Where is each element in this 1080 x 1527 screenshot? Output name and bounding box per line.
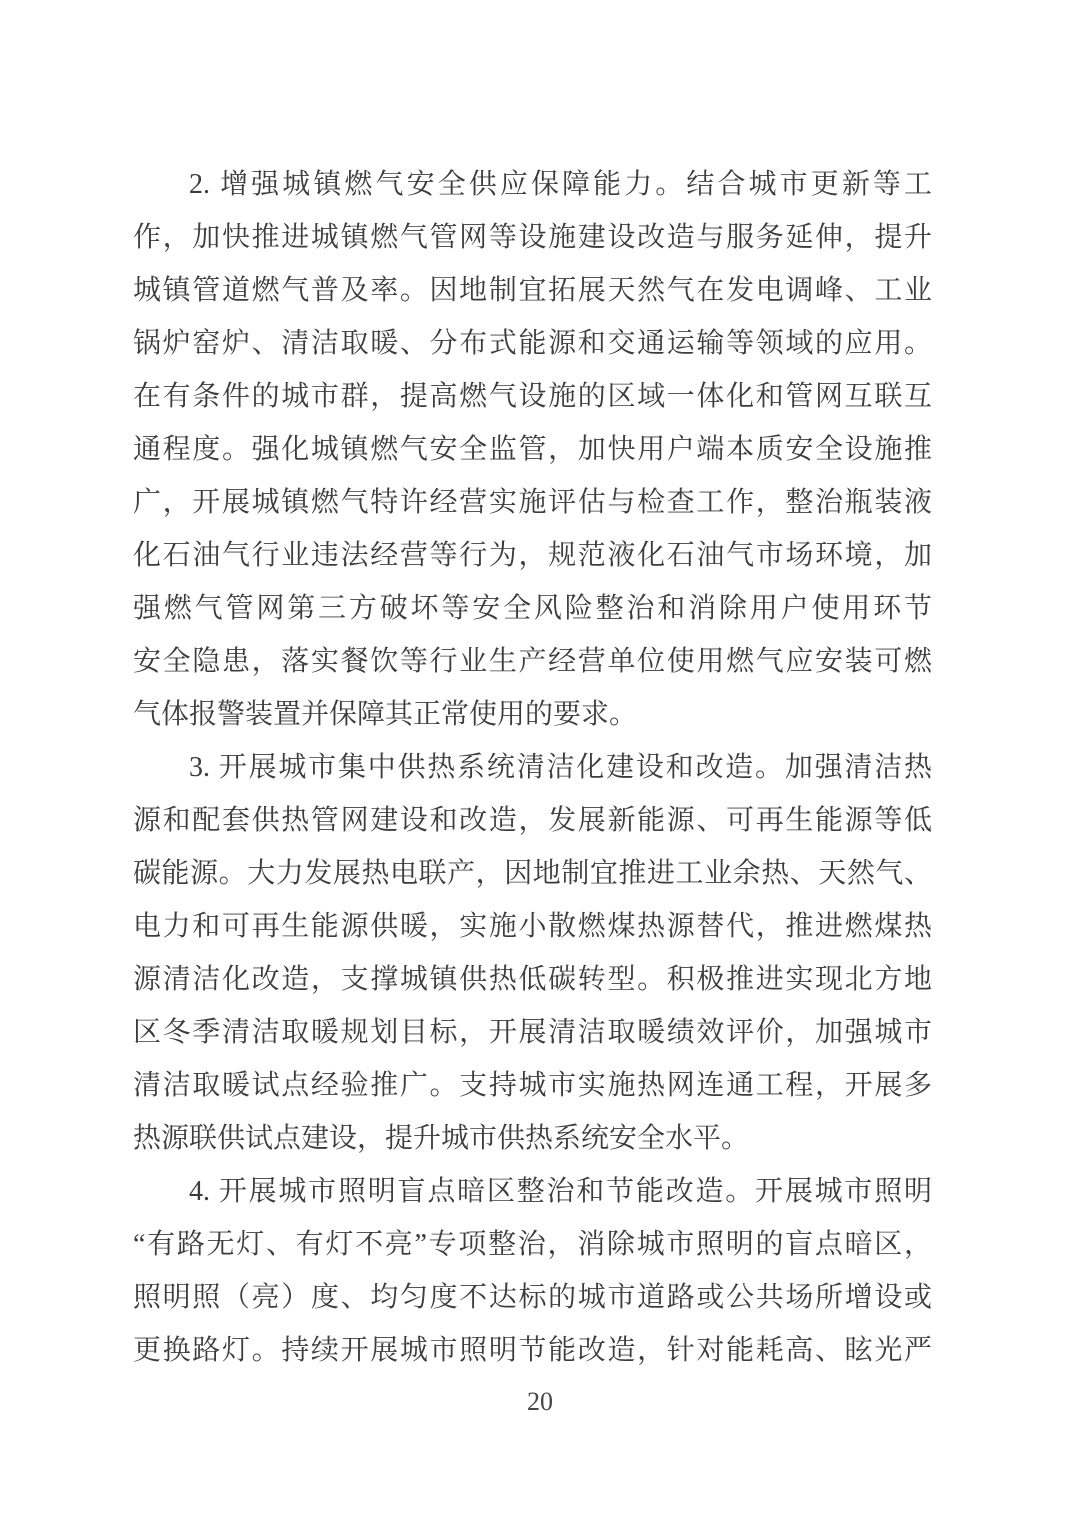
text-line: 电力和可再生能源供暖，实施小散燃煤热源替代，推进燃煤热: [133, 900, 932, 953]
paragraph: 4. 开展城市照明盲点暗区整治和节能改造。开展城市照明“有路无灯、有灯不亮”专项…: [133, 1165, 932, 1377]
text-line: 更换路灯。持续开展城市照明节能改造，针对能耗高、眩光严: [133, 1324, 932, 1377]
text-line: 锅炉窑炉、清洁取暖、分布式能源和交通运输等领域的应用。: [133, 317, 932, 370]
paragraph: 2. 增强城镇燃气安全供应保障能力。结合城市更新等工作，加快推进城镇燃气管网等设…: [133, 158, 932, 741]
document-body: 2. 增强城镇燃气安全供应保障能力。结合城市更新等工作，加快推进城镇燃气管网等设…: [133, 158, 932, 1377]
text-line: 热源联供试点建设，提升城市供热系统安全水平。: [133, 1112, 932, 1165]
text-line: 2. 增强城镇燃气安全供应保障能力。结合城市更新等工: [133, 158, 932, 211]
text-line: “有路无灯、有灯不亮”专项整治，消除城市照明的盲点暗区，: [133, 1218, 932, 1271]
text-line: 碳能源。大力发展热电联产，因地制宜推进工业余热、天然气、: [133, 847, 932, 900]
paragraph: 3. 开展城市集中供热系统清洁化建设和改造。加强清洁热源和配套供热管网建设和改造…: [133, 741, 932, 1165]
text-line: 在有条件的城市群，提高燃气设施的区域一体化和管网互联互: [133, 370, 932, 423]
text-line: 源清洁化改造，支撑城镇供热低碳转型。积极推进实现北方地: [133, 953, 932, 1006]
text-line: 通程度。强化城镇燃气安全监管，加快用户端本质安全设施推: [133, 423, 932, 476]
text-line: 源和配套供热管网建设和改造，发展新能源、可再生能源等低: [133, 794, 932, 847]
text-line: 照明照（亮）度、均匀度不达标的城市道路或公共场所增设或: [133, 1271, 932, 1324]
document-page: 2. 增强城镇燃气安全供应保障能力。结合城市更新等工作，加快推进城镇燃气管网等设…: [0, 0, 1080, 1527]
text-line: 化石油气行业违法经营等行为，规范液化石油气市场环境，加: [133, 529, 932, 582]
text-line: 清洁取暖试点经验推广。支持城市实施热网连通工程，开展多: [133, 1059, 932, 1112]
text-line: 4. 开展城市照明盲点暗区整治和节能改造。开展城市照明: [133, 1165, 932, 1218]
text-line: 城镇管道燃气普及率。因地制宜拓展天然气在发电调峰、工业: [133, 264, 932, 317]
page-number: 20: [0, 1385, 1080, 1419]
text-line: 气体报警装置并保障其正常使用的要求。: [133, 688, 932, 741]
text-line: 安全隐患，落实餐饮等行业生产经营单位使用燃气应安装可燃: [133, 635, 932, 688]
text-line: 作，加快推进城镇燃气管网等设施建设改造与服务延伸，提升: [133, 211, 932, 264]
text-line: 区冬季清洁取暖规划目标，开展清洁取暖绩效评价，加强城市: [133, 1006, 932, 1059]
text-line: 广，开展城镇燃气特许经营实施评估与检查工作，整治瓶装液: [133, 476, 932, 529]
text-line: 强燃气管网第三方破坏等安全风险整治和消除用户使用环节: [133, 582, 932, 635]
text-line: 3. 开展城市集中供热系统清洁化建设和改造。加强清洁热: [133, 741, 932, 794]
